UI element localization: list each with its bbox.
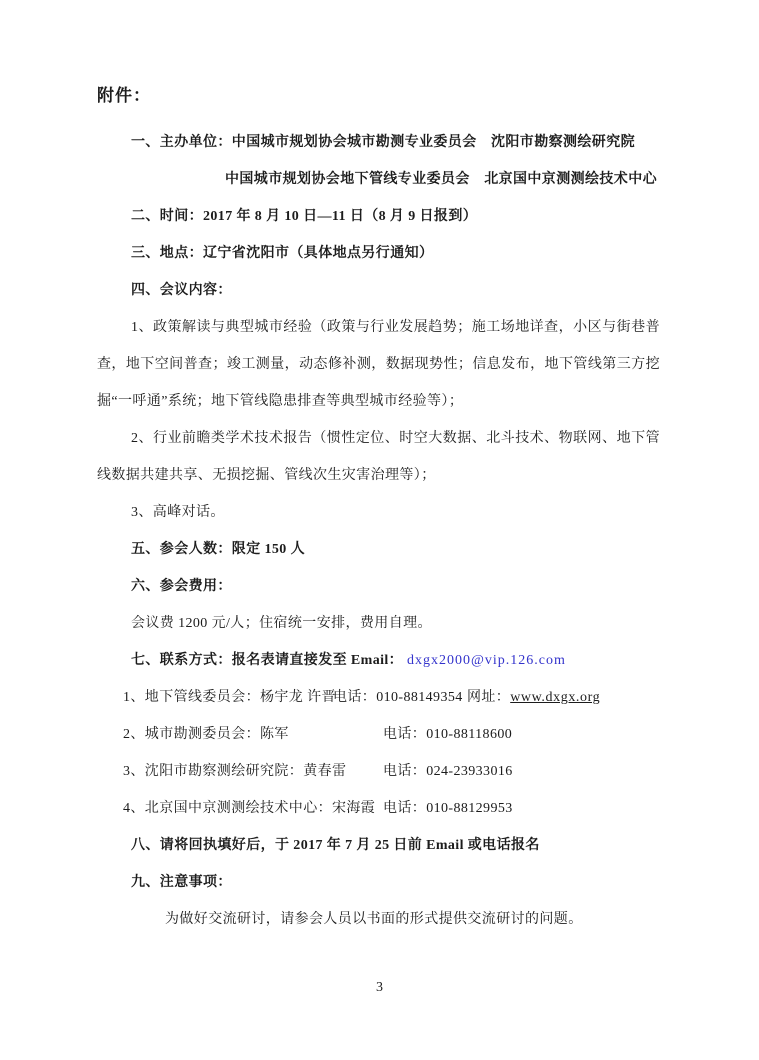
- fees-heading: 六、参会费用：: [97, 568, 660, 605]
- registration-deadline: 八、请将回执填好后，于 2017 年 7 月 25 日前 Email 或电话报名: [97, 827, 660, 864]
- contact-org-names: 2、城市勘测委员会：陈军: [123, 727, 289, 742]
- document-content: 附件： 一、主办单位：中国城市规划协会城市勘测专业委员会 沈阳市勘察测绘研究院 …: [97, 84, 660, 938]
- attachment-title: 附件：: [97, 84, 660, 108]
- attendees-limit: 五、参会人数：限定 150 人: [97, 531, 660, 568]
- contact-heading-label: 七、联系方式：报名表请直接发至 Email：: [131, 653, 403, 668]
- contact-org-names: 3、沈阳市勘察测绘研究院：黄春雷: [123, 764, 346, 779]
- organizers-line-2: 中国城市规划协会地下管线专业委员会 北京国中京测测绘技术中心: [97, 161, 660, 198]
- meeting-time: 二、时间：2017 年 8 月 10 日—11 日（8 月 9 日报到）: [97, 198, 660, 235]
- agenda-item-2: 2、行业前瞻类学术技术报告（惯性定位、时空大数据、北斗技术、物联网、地下管线数据…: [97, 420, 660, 494]
- contact-heading-line: 七、联系方式：报名表请直接发至 Email： dxgx2000@vip.126.…: [97, 642, 660, 679]
- website-label: 网址：: [467, 690, 510, 705]
- website-link[interactable]: www.dxgx.org: [510, 690, 600, 705]
- contact-org-names: 4、北京国中京测测绘技术中心：宋海霞: [123, 801, 375, 816]
- agenda-heading: 四、会议内容：: [97, 272, 660, 309]
- fees-detail: 会议费 1200 元/人；住宿统一安排，费用自理。: [97, 605, 660, 642]
- organizers-line-1: 一、主办单位：中国城市规划协会城市勘测专业委员会 沈阳市勘察测绘研究院: [97, 124, 660, 161]
- contact-row-pipeline-committee: 1、地下管线委员会：杨宇龙 许晋 电话：010-88149354 网址：www.…: [97, 679, 660, 716]
- contact-phone: 电话：010-88149354: [333, 679, 463, 716]
- contact-row-survey-committee: 2、城市勘测委员会：陈军 电话：010-88118600: [97, 716, 660, 753]
- meeting-location: 三、地点：辽宁省沈阳市（具体地点另行通知）: [97, 235, 660, 272]
- contact-phone: 电话：024-23933016: [383, 753, 513, 790]
- agenda-item-3: 3、高峰对话。: [97, 494, 660, 531]
- contact-website: 网址：www.dxgx.org: [467, 679, 600, 716]
- notes-heading: 九、注意事项：: [97, 864, 660, 901]
- page-number: 3: [0, 980, 759, 996]
- contact-row-beijing-center: 4、北京国中京测测绘技术中心：宋海霞 电话：010-88129953: [97, 790, 660, 827]
- notes-detail: 为做好交流研讨，请参会人员以书面的形式提供交流研讨的问题。: [97, 901, 660, 938]
- document-page: 附件： 一、主办单位：中国城市规划协会城市勘测专业委员会 沈阳市勘察测绘研究院 …: [0, 0, 759, 1060]
- agenda-item-1: 1、政策解读与典型城市经验（政策与行业发展趋势；施工场地详查，小区与街巷普查，地…: [97, 309, 660, 420]
- contact-phone: 电话：010-88118600: [383, 716, 512, 753]
- contact-row-shenyang-institute: 3、沈阳市勘察测绘研究院：黄春雷 电话：024-23933016: [97, 753, 660, 790]
- contact-org-names: 1、地下管线委员会：杨宇龙 许晋: [123, 690, 336, 705]
- contact-email-link[interactable]: dxgx2000@vip.126.com: [407, 653, 566, 668]
- contact-phone: 电话：010-88129953: [383, 790, 513, 827]
